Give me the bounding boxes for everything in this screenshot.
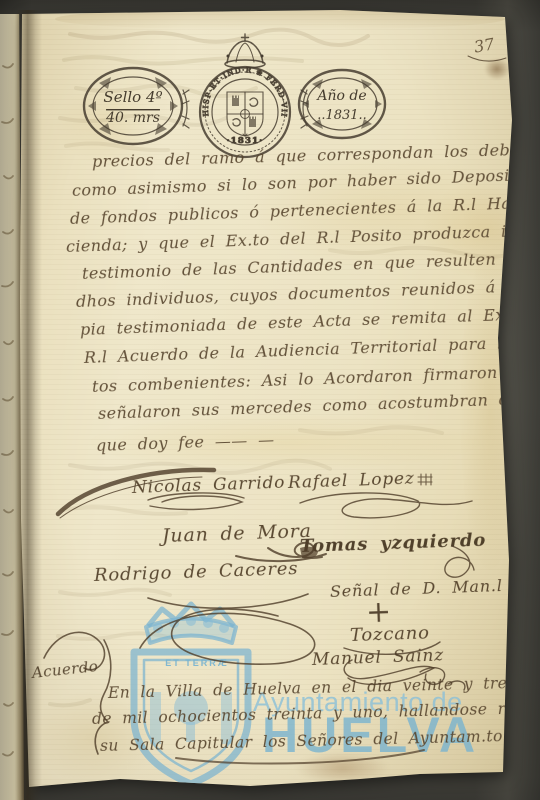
signature-flourishes	[0, 0, 540, 800]
binding-gutter-shadow	[16, 10, 42, 800]
manuscript-page: ET TERRÆ Ayuntamiento de HUELVA	[0, 0, 540, 800]
photograph-backdrop: ET TERRÆ Ayuntamiento de HUELVA	[0, 0, 540, 800]
